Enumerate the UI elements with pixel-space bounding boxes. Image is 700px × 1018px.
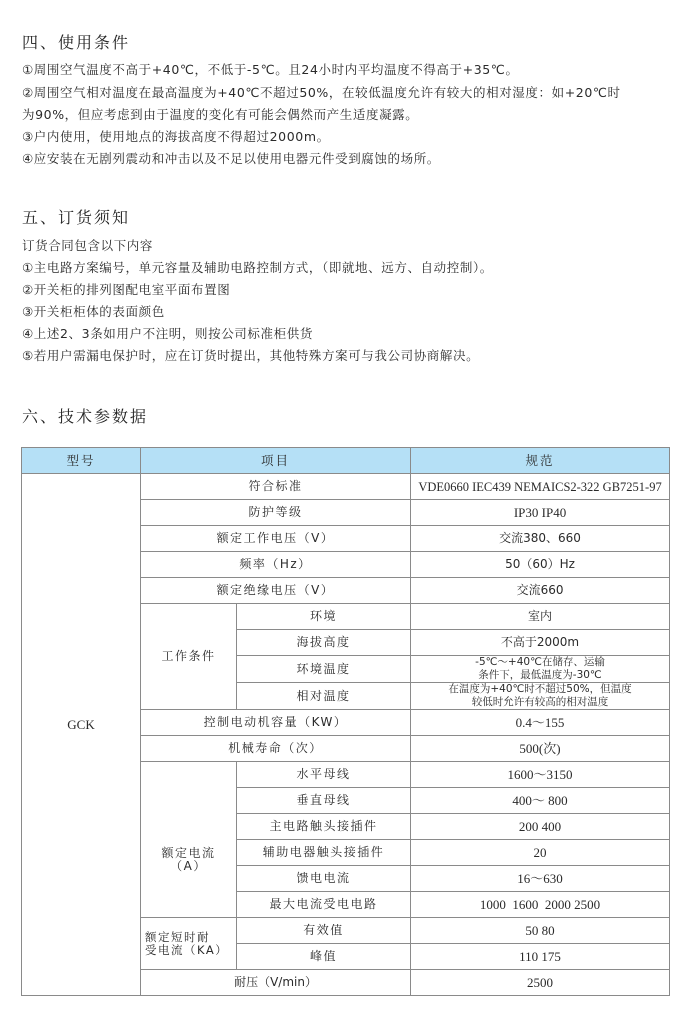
spec-cell: -5℃～+40℃在储存、运输 条件下，最低温度为-30℃: [411, 656, 670, 683]
spec-cell: 不高于2000m: [411, 630, 670, 656]
item-cell: 额定工作电压（V）: [141, 526, 411, 552]
sub-item-cell: 垂直母线: [237, 788, 411, 814]
spec-cell: 室内: [411, 604, 670, 630]
item-cell: 频率（Hz）: [141, 552, 411, 578]
sub-item-cell: 相对温度: [237, 683, 411, 710]
spec-cell: 50 80: [411, 918, 670, 944]
header-spec: 规范: [411, 448, 670, 474]
spec-line: -5℃～+40℃在储存、运输: [411, 656, 669, 669]
group-cell-rated-current: 额定电流 （A）: [141, 762, 237, 918]
usage-condition-1: ①周围空气温度不高于+40℃，不低于-5℃。且24小时内平均温度不得高于+35℃…: [22, 60, 519, 78]
sub-item-cell: 环境温度: [237, 656, 411, 683]
sub-item-cell: 海拔高度: [237, 630, 411, 656]
spec-cell: 0.4～155: [411, 710, 670, 736]
spec-cell: 1000 1600 2000 2500: [411, 892, 670, 918]
table-row: GCK 符合标准 VDE0660 IEC439 NEMAICS2-322 GB7…: [22, 474, 670, 500]
sub-item-cell: 最大电流受电电路: [237, 892, 411, 918]
spec-cell: 交流660: [411, 578, 670, 604]
spec-cell: 50（60）Hz: [411, 552, 670, 578]
spec-cell: 16～630: [411, 866, 670, 892]
spec-cell: 500(次): [411, 736, 670, 762]
item-cell: 耐压（V/min）: [141, 970, 411, 996]
order-item-5: ⑤若用户需漏电保护时，应在订货时提出，其他特殊方案可与我公司协商解决。: [22, 346, 479, 364]
order-intro: 订货合同包含以下内容: [22, 236, 153, 254]
sub-item-cell: 环境: [237, 604, 411, 630]
order-item-1: ①主电路方案编号，单元容量及辅助电路控制方式，（即就地、远方、自动控制）。: [22, 258, 493, 276]
spec-line: 较低时允许有较高的相对温度: [411, 696, 669, 709]
usage-condition-4: ④应安装在无剧列震动和冲击以及不足以使用电器元件受到腐蚀的场所。: [22, 149, 440, 167]
group-label-line: （A）: [141, 860, 236, 873]
sub-item-cell: 水平母线: [237, 762, 411, 788]
spec-line: 在温度为+40℃时不超过50%，但温度: [411, 683, 669, 696]
order-item-4: ④上述2、3条如用户不注明，则按公司标准柜供货: [22, 324, 313, 342]
header-model: 型号: [22, 448, 141, 474]
sub-item-cell: 有效值: [237, 918, 411, 944]
header-item: 项目: [141, 448, 411, 474]
group-cell-short-time-current: 额定短时耐 受电流（KA）: [141, 918, 237, 970]
spec-cell: 1600～3150: [411, 762, 670, 788]
spec-cell: 110 175: [411, 944, 670, 970]
spec-cell: 20: [411, 840, 670, 866]
item-cell: 额定绝缘电压（V）: [141, 578, 411, 604]
section-heading-usage-conditions: 四、使用条件: [22, 30, 130, 53]
model-cell: GCK: [22, 474, 141, 996]
usage-condition-2: ②周围空气相对温度在最高温度为+40℃不超过50%，在较低温度允许有较大的相对湿…: [22, 83, 621, 101]
section-heading-ordering-notes: 五、订货须知: [22, 205, 130, 228]
sub-item-cell: 峰值: [237, 944, 411, 970]
sub-item-cell: 辅助电器触头接插件: [237, 840, 411, 866]
table-header-row: 型号 项目 规范: [22, 448, 670, 474]
item-cell: 控制电动机容量（KW）: [141, 710, 411, 736]
spec-cell: 在温度为+40℃时不超过50%，但温度 较低时允许有较高的相对温度: [411, 683, 670, 710]
tech-params-table: 型号 项目 规范 GCK 符合标准 VDE0660 IEC439 NEMAICS…: [21, 447, 670, 996]
group-label-line: 受电流（KA）: [145, 944, 236, 957]
group-label-line: 额定电流: [141, 847, 236, 860]
group-cell-work-conditions: 工作条件: [141, 604, 237, 710]
spec-cell: 200 400: [411, 814, 670, 840]
spec-cell: VDE0660 IEC439 NEMAICS2-322 GB7251-97: [411, 474, 670, 500]
usage-condition-2-cont: 为90%，但应考虑到由于温度的变化有可能会偶然而产生适度凝露。: [22, 105, 418, 123]
order-item-2: ②开关柜的排列图配电室平面布置图: [22, 280, 230, 298]
item-cell: 符合标准: [141, 474, 411, 500]
spec-cell: 400～ 800: [411, 788, 670, 814]
spec-cell: IP30 IP40: [411, 500, 670, 526]
order-item-3: ③开关柜柜体的表面颜色: [22, 302, 165, 320]
item-cell: 防护等级: [141, 500, 411, 526]
section-heading-tech-params: 六、技术参数据: [22, 404, 148, 427]
group-label-line: 额定短时耐: [145, 931, 236, 944]
sub-item-cell: 馈电电流: [237, 866, 411, 892]
usage-condition-3: ③户内使用，使用地点的海拔高度不得超过2000m。: [22, 127, 330, 145]
spec-cell: 2500: [411, 970, 670, 996]
spec-cell: 交流380、660: [411, 526, 670, 552]
spec-line: 条件下，最低温度为-30℃: [411, 669, 669, 682]
item-cell: 机械寿命（次）: [141, 736, 411, 762]
sub-item-cell: 主电路触头接插件: [237, 814, 411, 840]
